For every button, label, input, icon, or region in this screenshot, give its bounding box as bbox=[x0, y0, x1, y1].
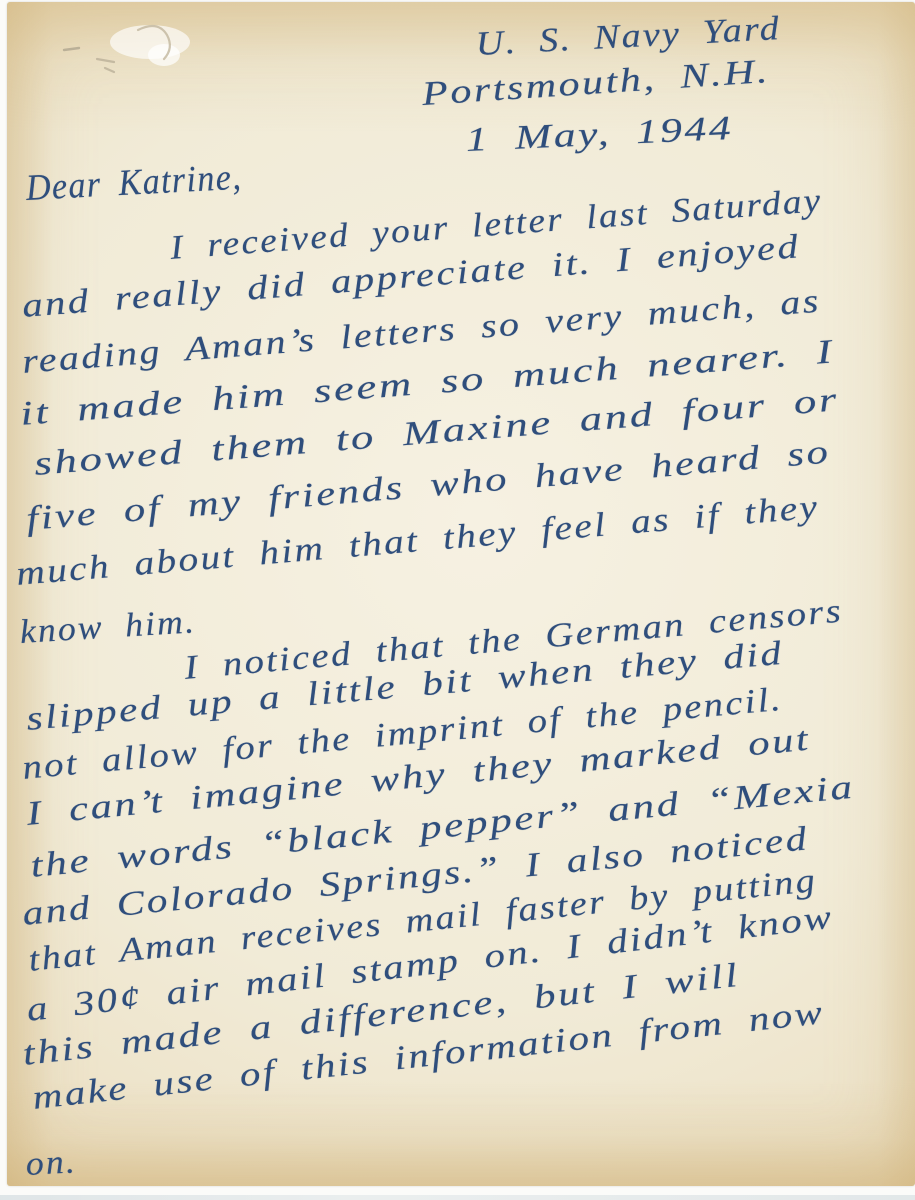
scanned-letter: U. S. Navy Yard Portsmouth, N.H. 1 May, … bbox=[0, 0, 915, 1200]
letter-line-19: on. bbox=[25, 1145, 78, 1182]
heading-city: Portsmouth, N.H. bbox=[421, 55, 771, 112]
paper-crease-smudge bbox=[42, 10, 232, 90]
heading-date: 1 May, 1944 bbox=[465, 112, 734, 158]
scanner-edge-line bbox=[0, 1195, 915, 1200]
letter-paper: U. S. Navy Yard Portsmouth, N.H. 1 May, … bbox=[7, 2, 915, 1186]
salutation: Dear Katrine, bbox=[25, 159, 243, 207]
letter-line-8: know him. bbox=[19, 605, 197, 650]
